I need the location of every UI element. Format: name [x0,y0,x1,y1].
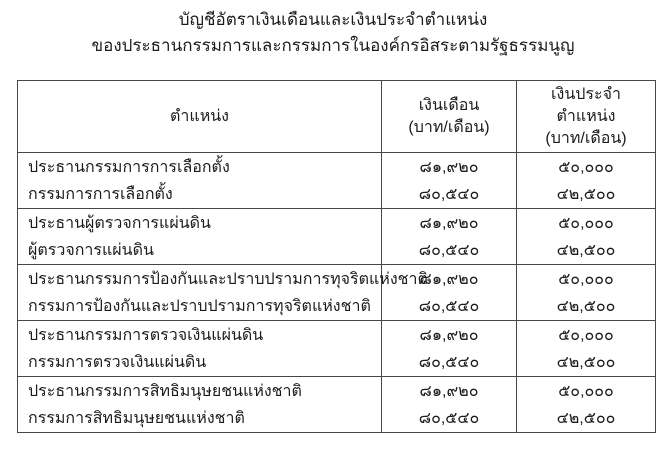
position-chair-label: ประธานผู้ตรวจการแผ่นดิน [28,210,375,237]
table-row: ประธานผู้ตรวจการแผ่นดิน ผู้ตรวจการแผ่นดิ… [18,209,656,265]
allowance-cell: ๕๐,๐๐๐ ๔๒,๕๐๐ [517,209,656,265]
position-cell: ประธานกรรมการการเลือกตั้ง กรรมการการเลือ… [18,153,382,209]
salary-value: ๘๐,๕๔๐ [382,405,516,432]
table-row: ประธานกรรมการตรวจเงินแผ่นดิน กรรมการตรวจ… [18,321,656,377]
allowance-value: ๔๒,๕๐๐ [517,405,655,432]
salary-value: ๘๐,๕๔๐ [382,181,516,208]
position-chair-label: ประธานกรรมการการเลือกตั้ง [28,154,375,181]
allowance-value: ๔๒,๕๐๐ [517,349,655,376]
allowance-value: ๕๐,๐๐๐ [517,266,655,293]
position-cell: ประธานกรรมการสิทธิมนุษยชนแห่งชาติ กรรมกา… [18,377,382,433]
position-chair-label: ประธานกรรมการป้องกันและปราบปรามการทุจริต… [28,266,375,293]
allowance-value: ๕๐,๐๐๐ [517,322,655,349]
header-position-allowance: เงินประจำ ตำแหน่ง (บาท/เดือน) [517,81,656,153]
table-row: ประธานกรรมการสิทธิมนุษยชนแห่งชาติ กรรมกา… [18,377,656,433]
salary-value: ๘๑,๙๒๐ [382,378,516,405]
position-cell: ประธานผู้ตรวจการแผ่นดิน ผู้ตรวจการแผ่นดิ… [18,209,382,265]
document-page: บัญชีอัตราเงินเดือนและเงินประจำตำแหน่ง ข… [0,0,666,451]
salary-value: ๘๑,๙๒๐ [382,322,516,349]
table-row: ประธานกรรมการป้องกันและปราบปรามการทุจริต… [18,265,656,321]
title-block: บัญชีอัตราเงินเดือนและเงินประจำตำแหน่ง ข… [0,7,666,59]
allowance-cell: ๕๐,๐๐๐ ๔๒,๕๐๐ [517,321,656,377]
salary-value: ๘๑,๙๒๐ [382,210,516,237]
allowance-cell: ๕๐,๐๐๐ ๔๒,๕๐๐ [517,377,656,433]
header-position: ตำแหน่ง [18,81,382,153]
salary-value: ๘๐,๕๔๐ [382,349,516,376]
table-header-row: ตำแหน่ง เงินเดือน (บาท/เดือน) เงินประจำ … [18,81,656,153]
position-member-label: กรรมการสิทธิมนุษยชนแห่งชาติ [28,405,375,432]
position-chair-label: ประธานกรรมการสิทธิมนุษยชนแห่งชาติ [28,378,375,405]
allowance-value: ๔๒,๕๐๐ [517,293,655,320]
salary-value: ๘๑,๙๒๐ [382,154,516,181]
allowance-value: ๔๒,๕๐๐ [517,181,655,208]
allowance-value: ๔๒,๕๐๐ [517,237,655,264]
position-member-label: กรรมการป้องกันและปราบปรามการทุจริตแห่งชา… [28,293,375,320]
allowance-value: ๕๐,๐๐๐ [517,154,655,181]
salary-value: ๘๐,๕๔๐ [382,237,516,264]
salary-cell: ๘๑,๙๒๐ ๘๐,๕๔๐ [382,209,517,265]
position-member-label: กรรมการตรวจเงินแผ่นดิน [28,349,375,376]
document-subtitle: ของประธานกรรมการและกรรมการในองค์กรอิสระต… [0,33,666,59]
position-member-label: กรรมการการเลือกตั้ง [28,181,375,208]
salary-value: ๘๐,๕๔๐ [382,293,516,320]
position-cell: ประธานกรรมการตรวจเงินแผ่นดิน กรรมการตรวจ… [18,321,382,377]
document-title: บัญชีอัตราเงินเดือนและเงินประจำตำแหน่ง [0,7,666,33]
salary-cell: ๘๑,๙๒๐ ๘๐,๕๔๐ [382,377,517,433]
salary-cell: ๘๑,๙๒๐ ๘๐,๕๔๐ [382,321,517,377]
table-row: ประธานกรรมการการเลือกตั้ง กรรมการการเลือ… [18,153,656,209]
salary-rate-table: ตำแหน่ง เงินเดือน (บาท/เดือน) เงินประจำ … [17,80,656,433]
position-chair-label: ประธานกรรมการตรวจเงินแผ่นดิน [28,322,375,349]
position-member-label: ผู้ตรวจการแผ่นดิน [28,237,375,264]
allowance-cell: ๕๐,๐๐๐ ๔๒,๕๐๐ [517,153,656,209]
header-salary: เงินเดือน (บาท/เดือน) [382,81,517,153]
allowance-value: ๕๐,๐๐๐ [517,210,655,237]
allowance-cell: ๕๐,๐๐๐ ๔๒,๕๐๐ [517,265,656,321]
allowance-value: ๕๐,๐๐๐ [517,378,655,405]
position-cell: ประธานกรรมการป้องกันและปราบปรามการทุจริต… [18,265,382,321]
salary-cell: ๘๑,๙๒๐ ๘๐,๕๔๐ [382,153,517,209]
